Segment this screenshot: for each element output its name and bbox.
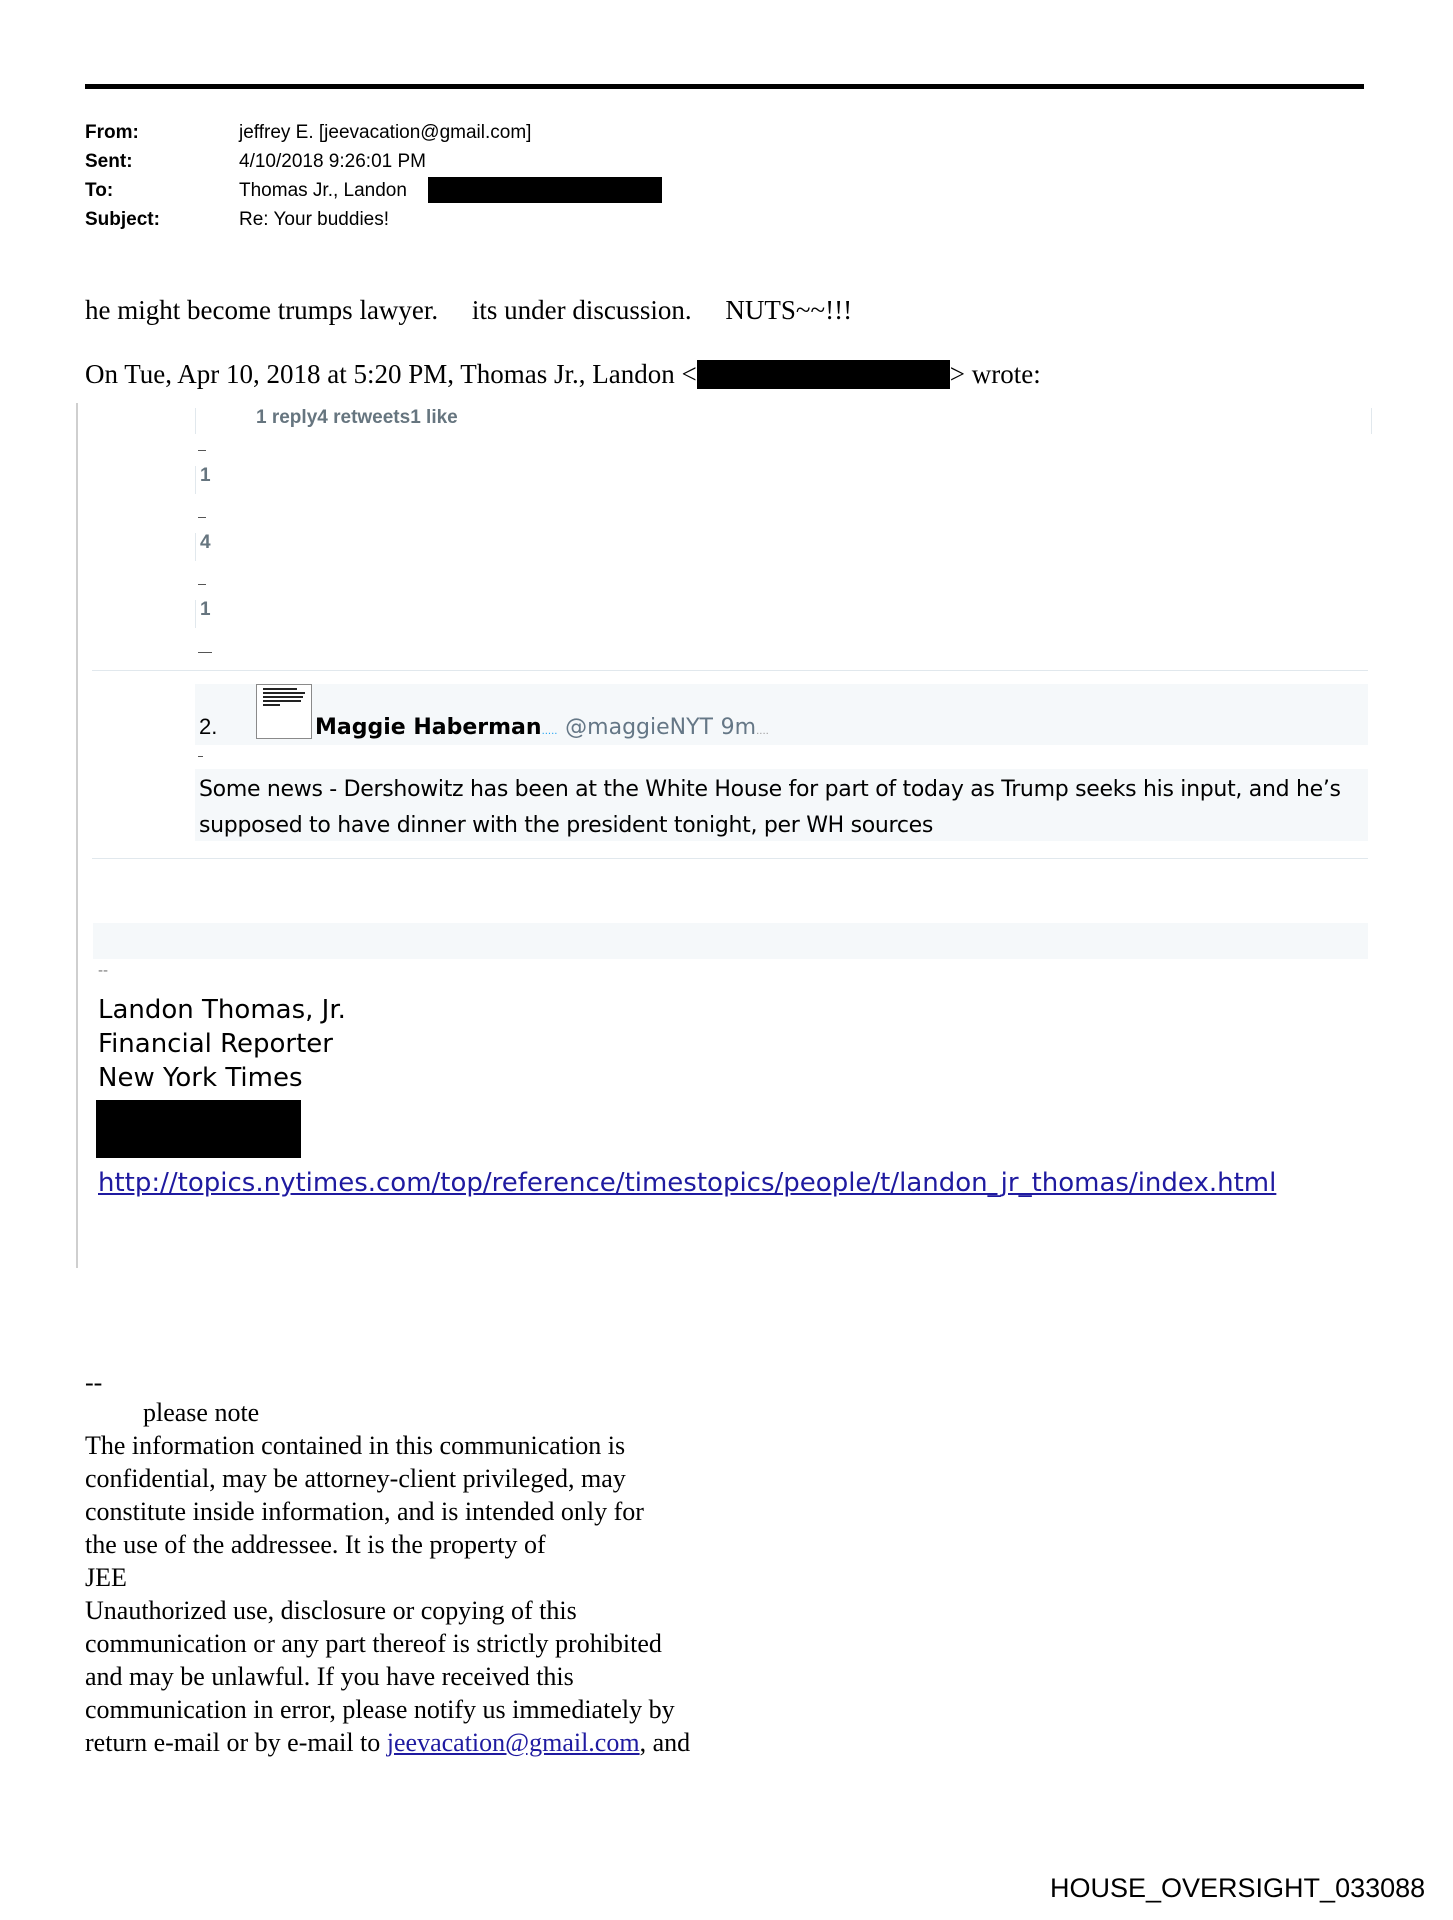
tweet-separator-top (92, 670, 1368, 671)
reply-divider (195, 466, 196, 494)
redaction-quote-email (697, 360, 950, 389)
from-label: From: (85, 118, 139, 147)
tweet-handle[interactable]: @maggieNYT (565, 715, 713, 740)
disclaimer-separator: -- (85, 1366, 102, 1399)
quote-border (76, 403, 78, 1268)
tweet-separator-bottom (92, 858, 1368, 859)
stats-divider (195, 408, 196, 434)
retweet-divider (195, 533, 196, 561)
tweet-author[interactable]: Maggie Haberman..... @maggieNYT 9m.... (315, 715, 769, 740)
to-value: Thomas Jr., Landon (239, 176, 407, 205)
signature-url-link[interactable]: http://topics.nytimes.com/top/reference/… (98, 1166, 1378, 1200)
tweet-marker (198, 756, 203, 757)
like-count[interactable]: 1 (200, 599, 211, 621)
from-value: jeffrey E. [jeevacation@gmail.com] (239, 118, 531, 147)
disclaimer-heading: please note (143, 1396, 259, 1429)
like-label-icon (198, 584, 206, 585)
subject-label: Subject: (85, 205, 160, 234)
disclaimer-last-line: return e-mail or by e-mail to jeevacatio… (85, 1726, 690, 1759)
sent-label: Sent: (85, 147, 133, 176)
disclaimer-email-link[interactable]: jeevacation@gmail.com (387, 1728, 640, 1757)
disclaimer-line: and may be unlawful. If you have receive… (85, 1660, 574, 1693)
disclaimer-line: Unauthorized use, disclosure or copying … (85, 1594, 577, 1627)
email-body: he might become trumps lawyer. its under… (85, 295, 852, 326)
direct-message-label-icon (198, 652, 212, 653)
disclaimer-line: communication or any part thereof is str… (85, 1627, 662, 1660)
retweet-count[interactable]: 4 (200, 532, 211, 554)
box-edge (1371, 408, 1372, 434)
link-dots: ..... (542, 726, 558, 737)
disclaimer-line: JEE (85, 1561, 127, 1594)
tweet-time[interactable]: 9m (721, 715, 756, 740)
signature-name: Landon Thomas, Jr. (98, 993, 346, 1027)
redaction-signature-phone (96, 1100, 301, 1158)
reply-label-icon (198, 450, 206, 451)
subject-value: Re: Your buddies! (239, 205, 389, 234)
signature-separator: -- (98, 963, 108, 979)
signature-org: New York Times (98, 1061, 303, 1095)
disclaimer-line: The information contained in this commun… (85, 1429, 625, 1462)
to-label: To: (85, 176, 113, 205)
sent-value: 4/10/2018 9:26:01 PM (239, 147, 426, 176)
header-rule (85, 84, 1364, 89)
avatar-alt-text (263, 688, 305, 708)
like-divider (195, 600, 196, 628)
disclaimer-line: the use of the addressee. It is the prop… (85, 1528, 546, 1561)
redaction-to-email (428, 177, 662, 203)
tweet-index: 2. (199, 714, 217, 740)
bates-number: HOUSE_OVERSIGHT_033088 (1050, 1873, 1425, 1904)
signature-title: Financial Reporter (98, 1027, 333, 1061)
reply-count[interactable]: 1 (200, 465, 211, 487)
tweet-text: Some news - Dershowitz has been at the W… (199, 772, 1369, 844)
quoted-gray-bar (93, 923, 1368, 959)
tweet-author-name[interactable]: Maggie Haberman (315, 715, 542, 740)
tweet-stats: 1 reply4 retweets1 like (256, 407, 458, 429)
quote-intro: On Tue, Apr 10, 2018 at 5:20 PM, Thomas … (85, 359, 1041, 390)
disclaimer-line: communication in error, please notify us… (85, 1693, 675, 1726)
disclaimer-line: constitute inside information, and is in… (85, 1495, 644, 1528)
disclaimer-line: confidential, may be attorney-client pri… (85, 1462, 626, 1495)
avatar[interactable] (256, 684, 312, 739)
retweet-label-icon (198, 517, 206, 518)
